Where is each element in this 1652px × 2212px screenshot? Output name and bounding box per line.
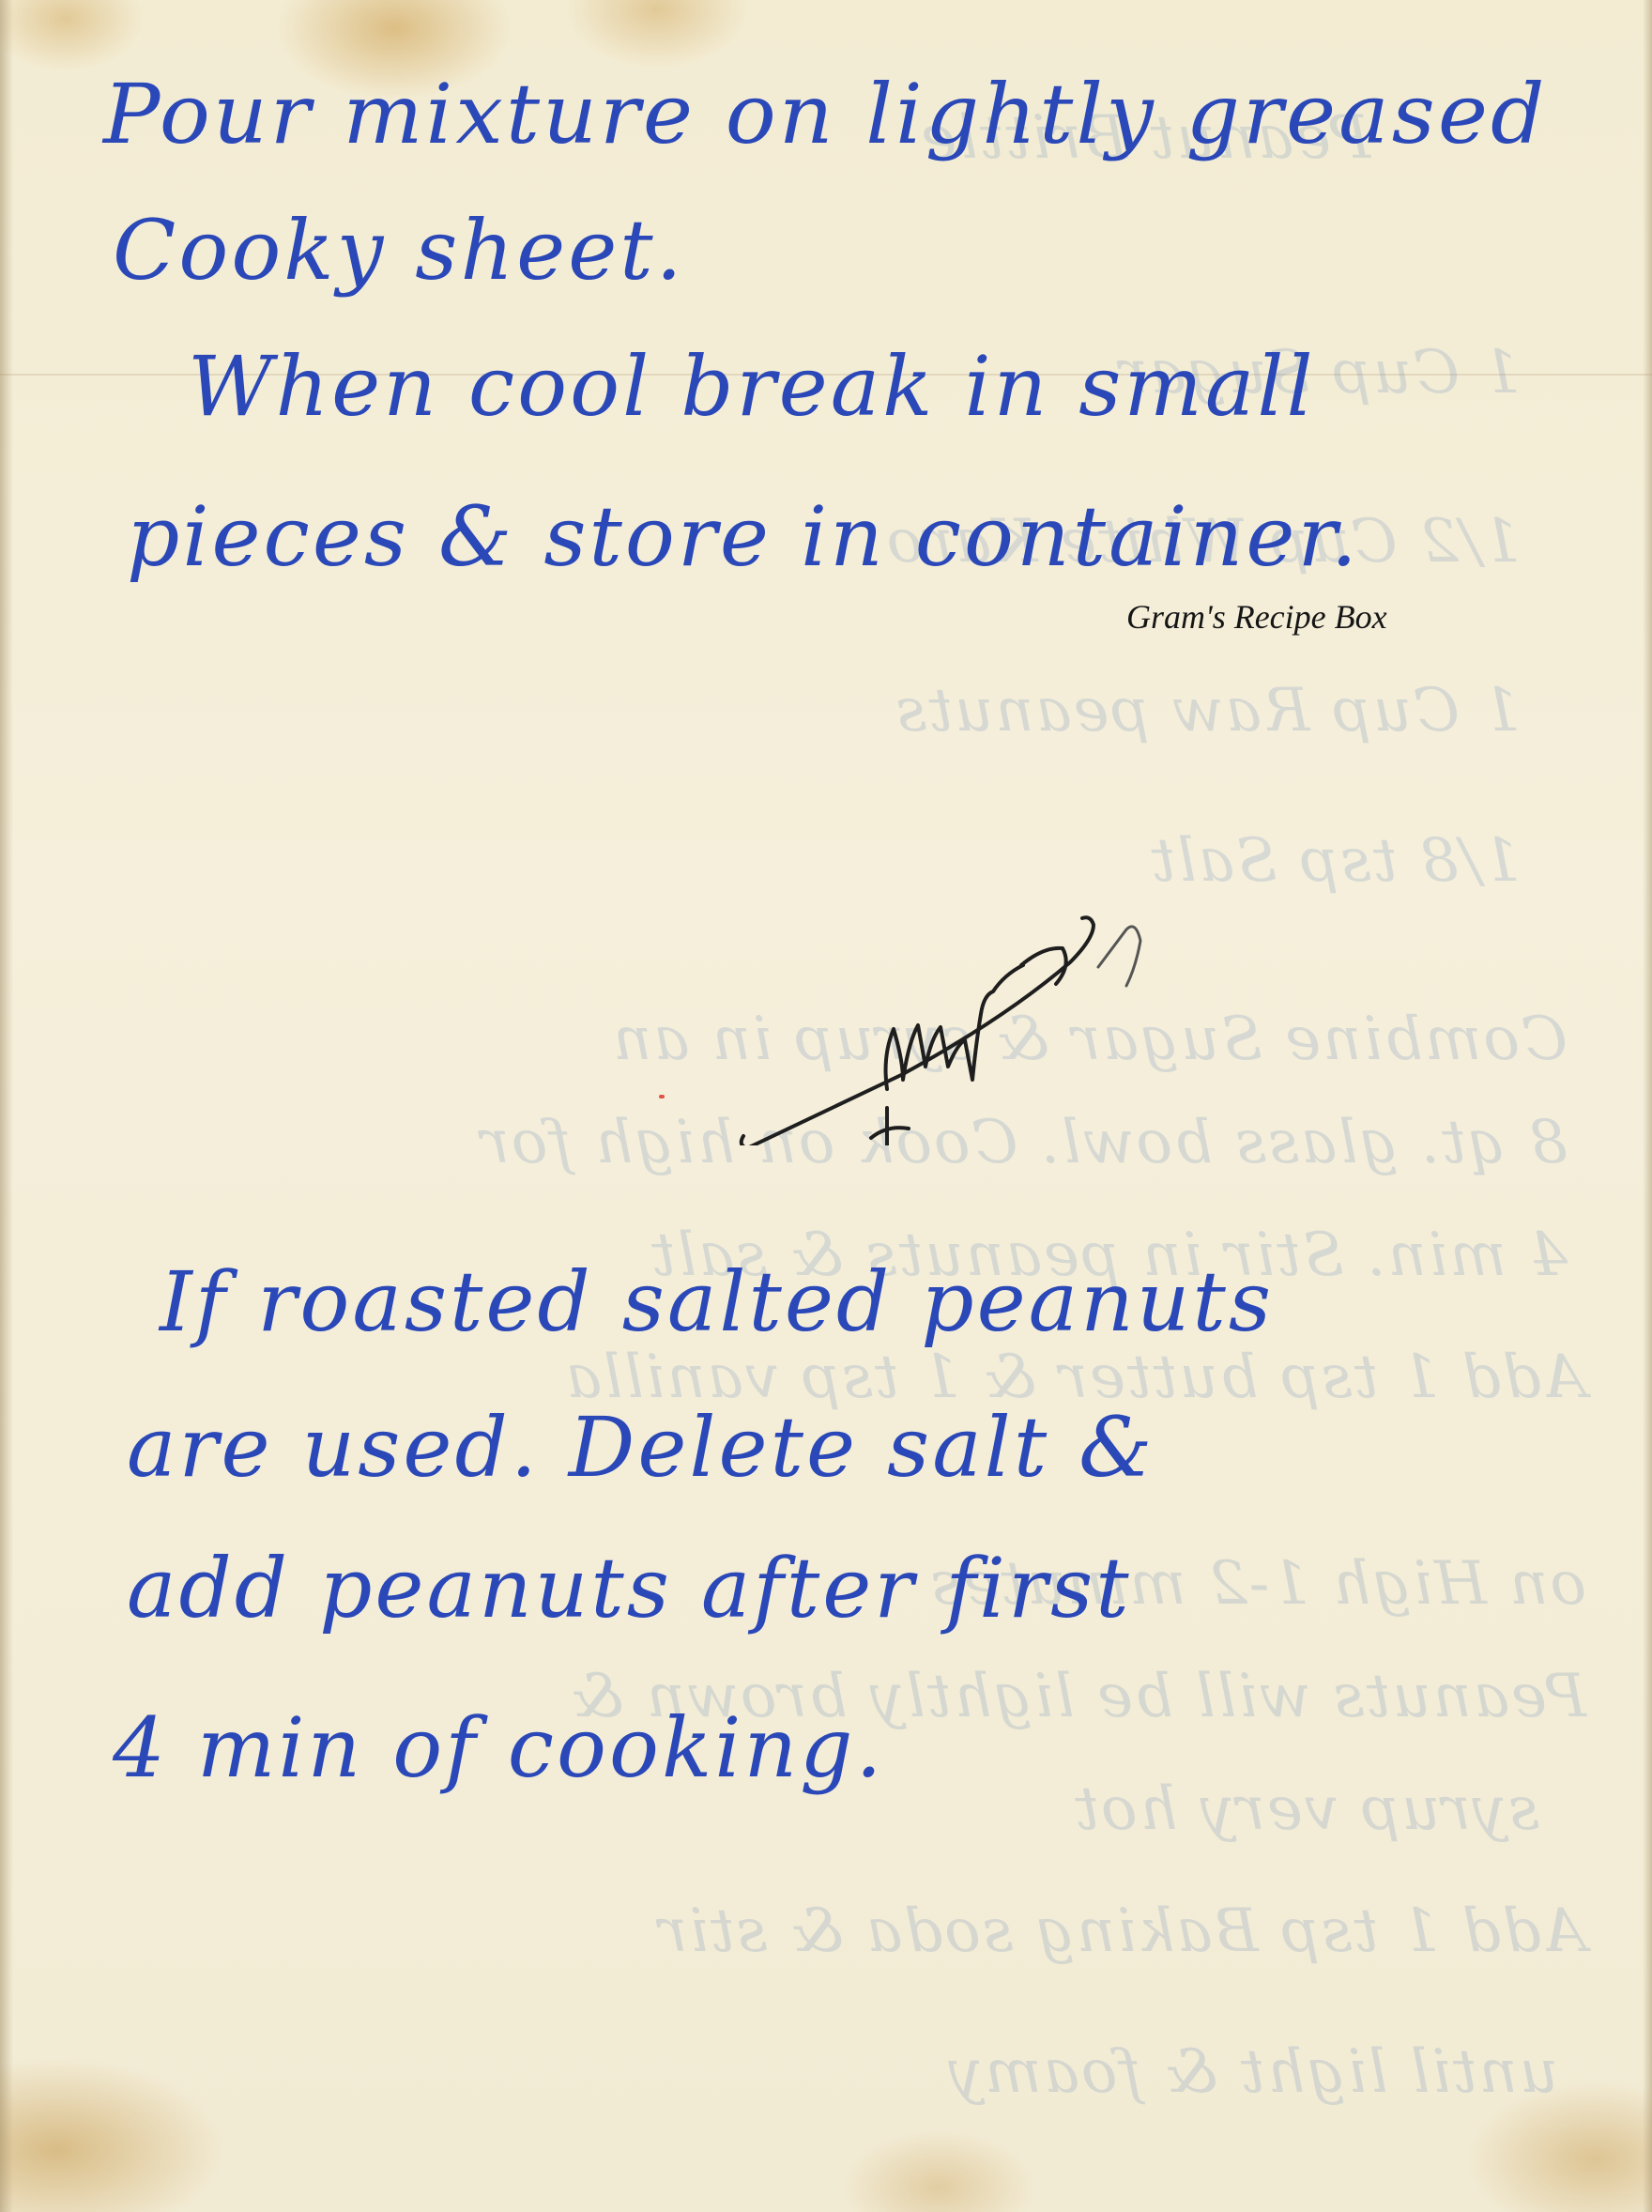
instruction-line: pieces & store in container. bbox=[127, 488, 1360, 585]
watermark-grams-recipe-box: Gram's Recipe Box bbox=[1126, 597, 1387, 637]
instruction-line: Pour mixture on lightly greased bbox=[103, 66, 1548, 162]
note-line: are used. Delete salt & bbox=[127, 1399, 1155, 1496]
instruction-line: When cool break in small bbox=[188, 338, 1316, 435]
note-line: add peanuts after first bbox=[127, 1540, 1132, 1636]
note-line: 4 min of cooking. bbox=[113, 1699, 884, 1796]
bleed-through-line: 1 Cup Raw peanuts bbox=[895, 676, 1522, 745]
bleed-through-line: Add 1 tsp Baking soda & stir bbox=[657, 1897, 1586, 1966]
bleed-through-line: syrup very hot bbox=[1073, 1774, 1539, 1844]
red-ink-speck bbox=[659, 1095, 665, 1098]
bleed-through-line: 1/8 tsp Salt bbox=[1150, 826, 1521, 896]
recipe-page: Peanut Brittle 1 Cup Sugar 1/2 Cup White… bbox=[0, 0, 1652, 2212]
bleed-through-line: until light & foamy bbox=[947, 2037, 1558, 2107]
instruction-line: Cooky sheet. bbox=[113, 202, 685, 299]
signature-mark bbox=[695, 807, 1183, 1145]
note-line: If roasted salted peanuts bbox=[160, 1253, 1274, 1350]
